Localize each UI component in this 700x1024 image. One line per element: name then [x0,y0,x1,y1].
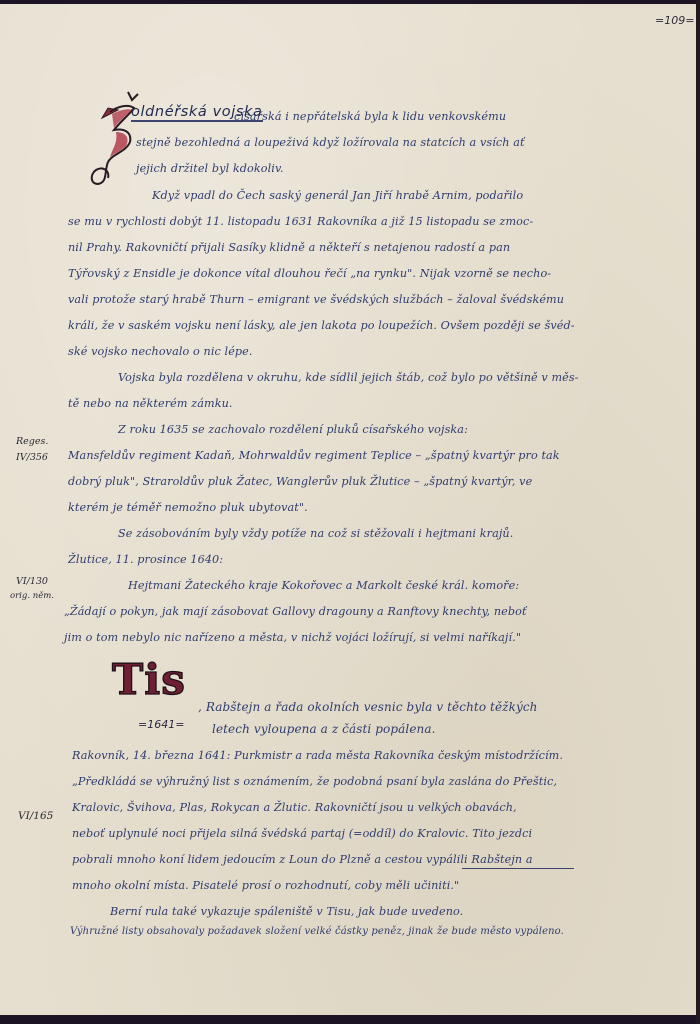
page-number: =109= [655,14,694,27]
text-line: mnoho okolní místa. Pisatelé prosí o roz… [72,879,459,892]
text-line: ské vojsko nechovalo o nic lépe. [68,345,253,358]
text-line-part: pobrali mnoho koní lidem jedoucím z Loun… [72,853,533,866]
margin-note-line: orig. něm. [10,590,54,602]
text-line: dobrý pluk", Straroldův pluk Žatec, Wang… [68,475,532,488]
text-line: Hejtmani Žateckého kraje Kokořovec a Mar… [128,579,519,592]
margin-note-line: Reges. [16,436,48,448]
year-marker: =1641= [138,718,184,731]
text-line: Mansfeldův regiment Kadaň, Mohrwaldův re… [68,449,560,462]
text-line: „Žádají o pokyn, jak mají zásobovat Gall… [64,605,527,618]
text-line: neboť uplynulé noci přijela silná švédsk… [72,827,532,840]
text-line: Rakovník, 14. března 1641: Purkmistr a r… [72,749,563,762]
text-line: tě nebo na některém zámku. [68,397,233,410]
text-line: Z roku 1635 se zachovalo rozdělení pluků… [118,423,468,436]
text-line: jejich držitel byl kdokoliv. [136,162,284,175]
text-line: Týřovský z Ensidle je dokonce vítal dlou… [68,267,551,280]
text-line: pobrali mnoho koní lidem jedoucím z Loun… [72,853,533,866]
text-line: „Předkládá se výhružný list s oznámením,… [72,775,557,788]
text-line: letech vyloupena a z části popálena. [212,722,436,736]
text-line: králi, že v saském vojsku není lásky, al… [68,319,575,332]
margin-note-reference: Reges. IV/356 [16,436,48,464]
decorative-initial-tis: Tis [112,658,186,702]
text-line: Výhružné listy obsahovaly požadavek slož… [70,926,564,937]
text-line: vali protože starý hrabě Thurn – emigran… [68,293,564,306]
text-line: Vojska byla rozdělena v okruhu, kde sídl… [118,371,579,384]
text-line: císařská i nepřátelská byla k lidu venko… [234,110,506,123]
text-line: se mu v rychlosti dobýt 11. listopadu 16… [68,215,533,228]
text-line: Berní rula také vykazuje spáleniště v Ti… [110,905,463,918]
text-line: Žlutice, 11. prosince 1640: [68,553,223,566]
text-line: Se zásobováním byly vždy potíže na což s… [118,527,513,540]
margin-note-reference: VI/130 orig. něm. [10,576,54,602]
margin-note-line: VI/130 [10,576,54,588]
text-line: stejně bezohledná a loupeživá když ložír… [136,136,525,149]
margin-note-line: IV/356 [16,452,48,464]
margin-note-line: VI/165 [18,810,53,822]
margin-note-reference: VI/165 [18,810,53,822]
text-line: kterém je téměř nemožno pluk ubytovat". [68,501,308,514]
underline-mark [462,868,574,869]
text-line: , Rabštejn a řada okolních vesnic byla v… [198,700,538,714]
text-line: nil Prahy. Rakovničtí přijali Sasíky kli… [68,241,510,254]
text-line: Kralovic, Švihova, Plas, Rokycan a Žluti… [72,801,517,814]
text-line: jim o tom nebylo nic nařízeno a města, v… [64,631,521,644]
text-line: Když vpadl do Čech saský generál Jan Jiř… [152,189,523,202]
manuscript-page: =109= oldnéřská vojska císařská i nepřát… [0,4,696,1015]
scan-edge [696,0,700,1024]
